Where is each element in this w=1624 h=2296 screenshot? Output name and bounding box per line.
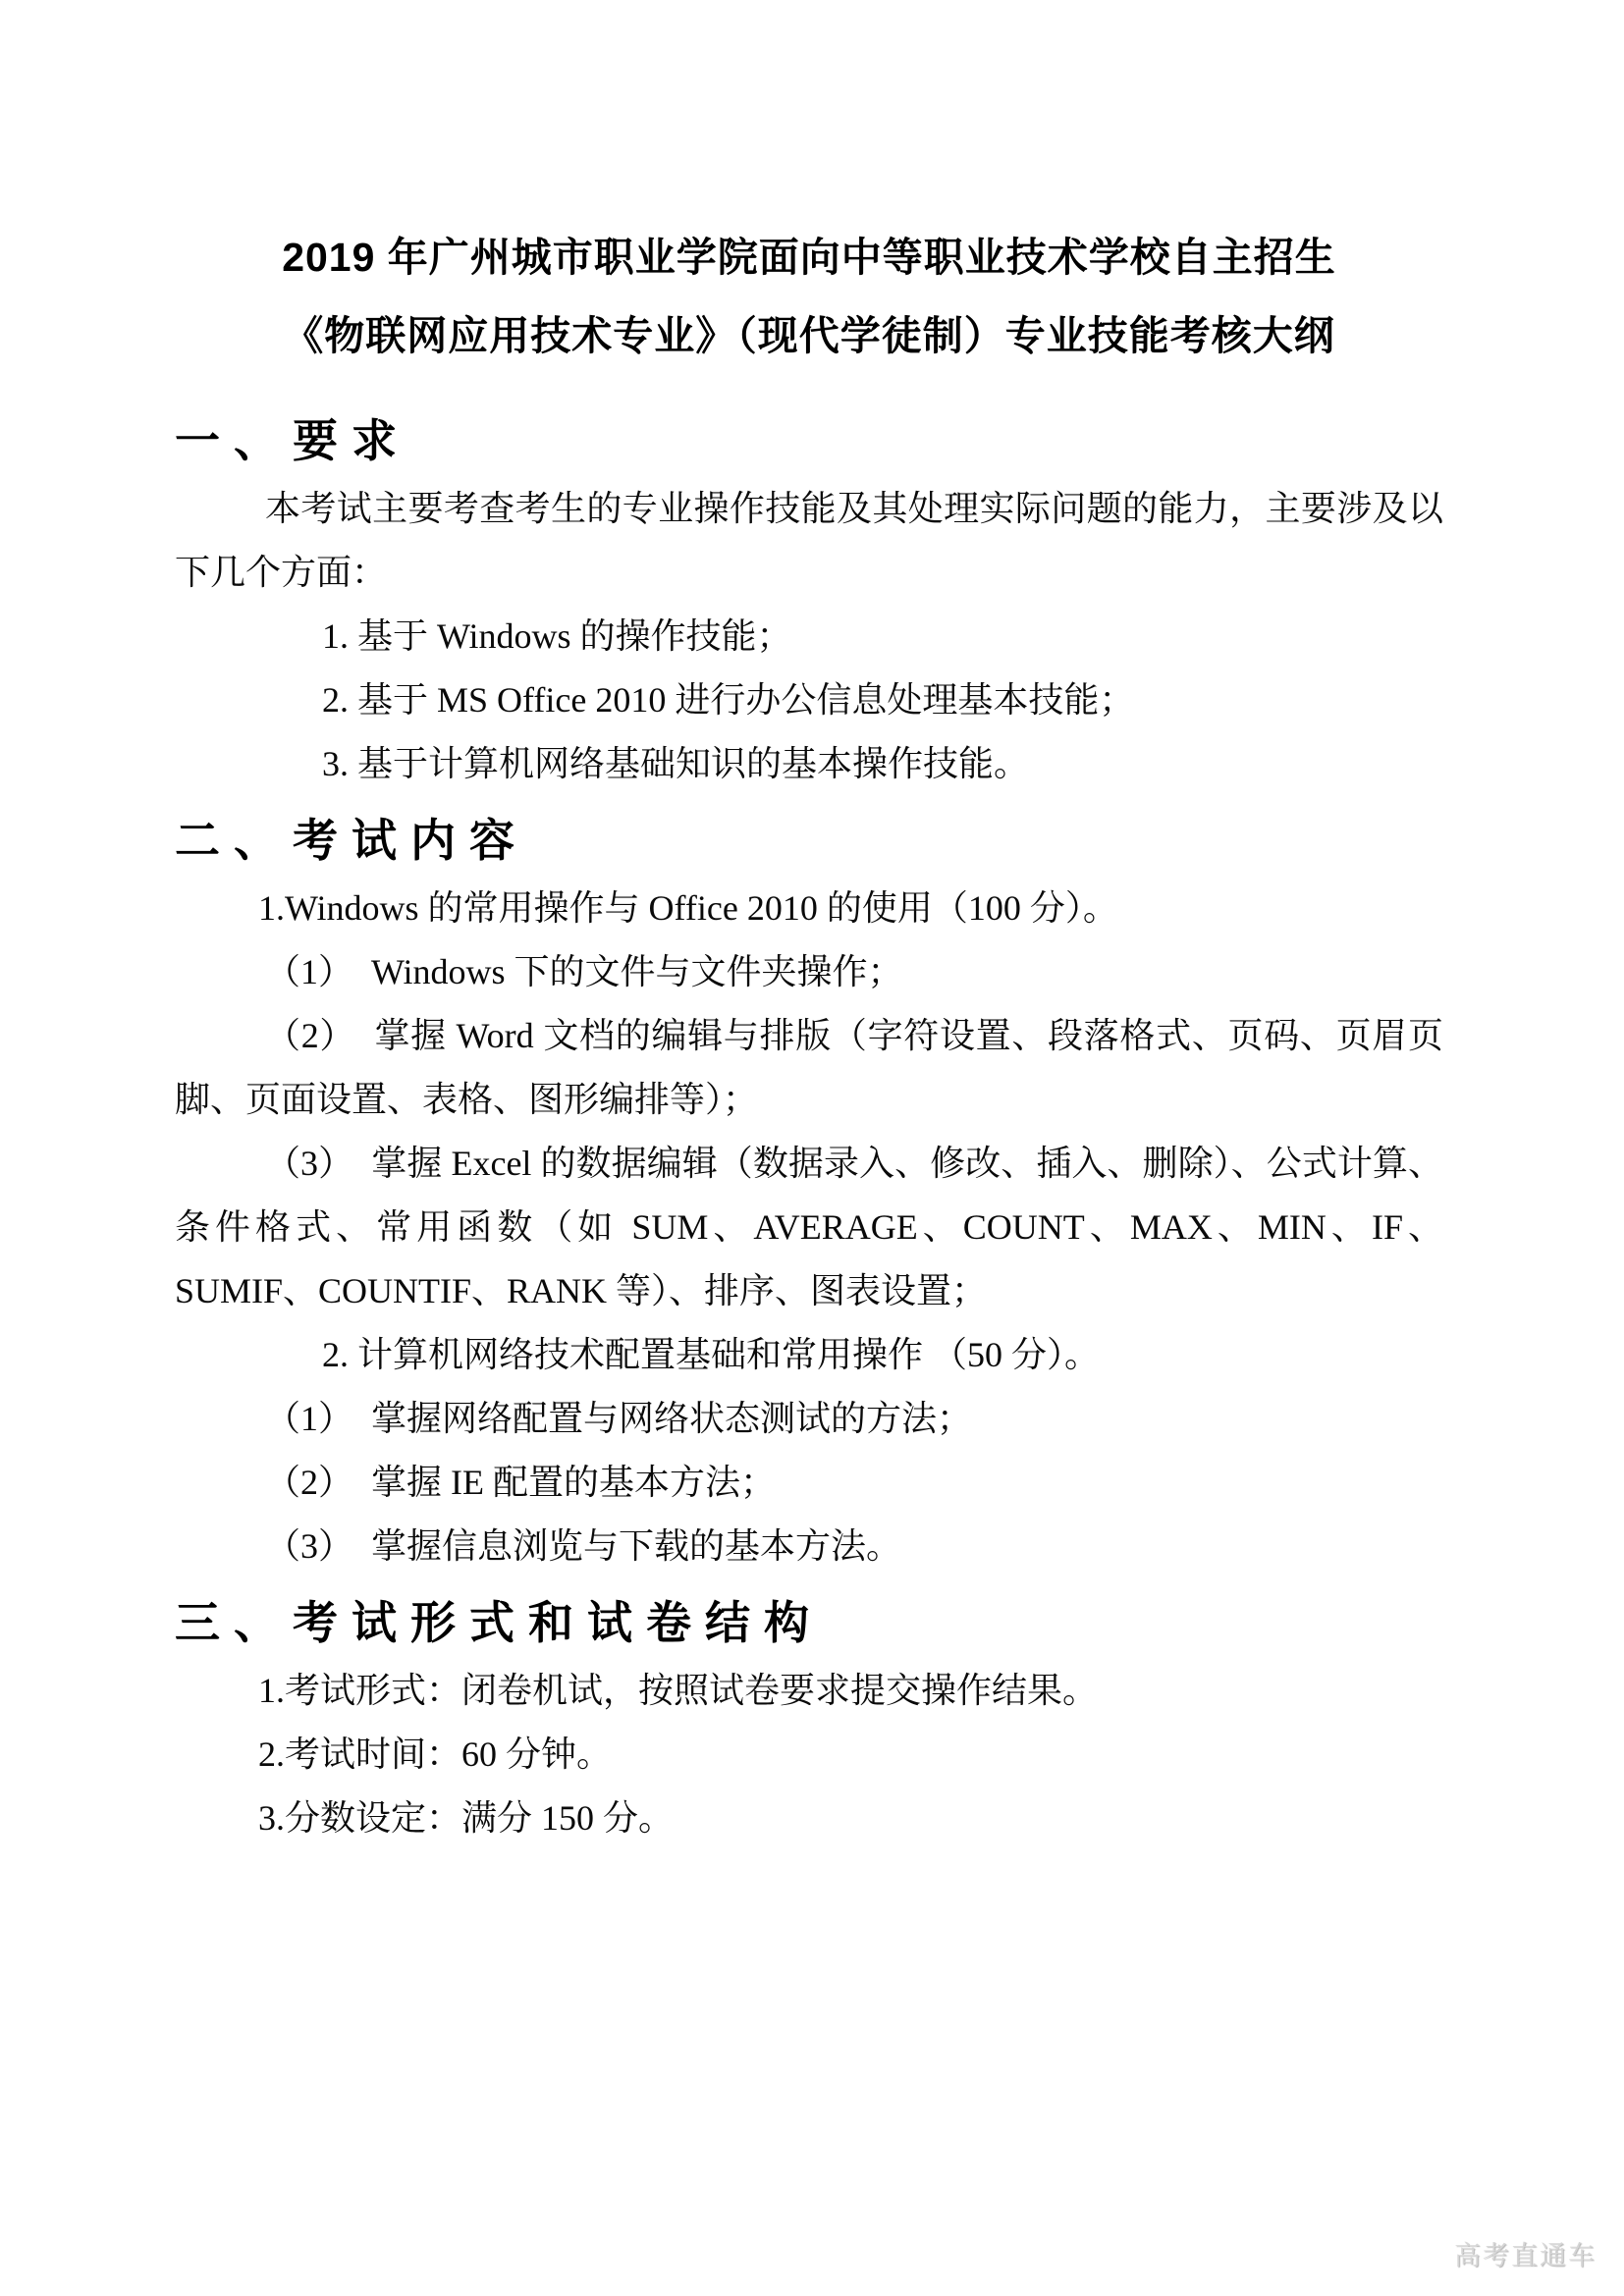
document-page: 2019 年广州城市职业学院面向中等职业技术学校自主招生 《物联网应用技术专业》… [0, 0, 1624, 2296]
content-item-2-sub-1: （1） 掌握网络配置与网络状态测试的方法； [175, 1387, 1443, 1451]
requirement-item-1: 1. 基于 Windows 的操作技能； [175, 605, 1443, 668]
content-item-2: 2. 计算机网络技术配置基础和常用操作 （50 分）。 [175, 1323, 1443, 1387]
requirement-item-2: 2. 基于 MS Office 2010 进行办公信息处理基本技能； [175, 668, 1443, 732]
section-exam-format: 三、考试形式和试卷结构 1.考试形式：闭卷机试，按照试卷要求提交操作结果。 2.… [175, 1592, 1443, 1850]
section-requirements: 一、要求 本考试主要考查考生的专业操作技能及其处理实际问题的能力，主要涉及以下几… [175, 410, 1443, 796]
content-item-1-sub-2: （2） 掌握 Word 文档的编辑与排版（字符设置、段落格式、页码、页眉页脚、页… [175, 1004, 1443, 1132]
format-item-1: 1.考试形式：闭卷机试，按照试卷要求提交操作结果。 [175, 1659, 1443, 1723]
section-heading-2: 二、考试内容 [175, 810, 1443, 871]
content-item-2-sub-2: （2） 掌握 IE 配置的基本方法； [175, 1451, 1443, 1515]
watermark-text: 高考直通车 [1454, 2234, 1597, 2272]
requirement-item-3: 3. 基于计算机网络基础知识的基本操作技能。 [175, 732, 1443, 796]
section-heading-1: 一、要求 [175, 410, 1443, 471]
title-line-2: 《物联网应用技术专业》（现代学徒制）专业技能考核大纲 [175, 296, 1443, 375]
title-line-1: 2019 年广州城市职业学院面向中等职业技术学校自主招生 [175, 218, 1443, 296]
document-content: 2019 年广州城市职业学院面向中等职业技术学校自主招生 《物联网应用技术专业》… [175, 218, 1443, 1850]
content-item-1: 1.Windows 的常用操作与 Office 2010 的使用（100 分）。 [175, 877, 1443, 940]
requirements-intro-paragraph: 本考试主要考查考生的专业操作技能及其处理实际问题的能力，主要涉及以下几个方面： [175, 477, 1443, 605]
section-heading-3: 三、考试形式和试卷结构 [175, 1592, 1443, 1653]
content-item-1-sub-3: （3） 掌握 Excel 的数据编辑（数据录入、修改、插入、删除）、公式计算、条… [175, 1132, 1443, 1323]
format-item-2: 2.考试时间：60 分钟。 [175, 1723, 1443, 1787]
document-title: 2019 年广州城市职业学院面向中等职业技术学校自主招生 《物联网应用技术专业》… [175, 218, 1443, 375]
content-item-2-sub-3: （3） 掌握信息浏览与下载的基本方法。 [175, 1515, 1443, 1578]
content-item-1-sub-1: （1） Windows 下的文件与文件夹操作； [175, 940, 1443, 1004]
format-item-3: 3.分数设定：满分 150 分。 [175, 1787, 1443, 1850]
section-exam-content: 二、考试内容 1.Windows 的常用操作与 Office 2010 的使用（… [175, 810, 1443, 1578]
